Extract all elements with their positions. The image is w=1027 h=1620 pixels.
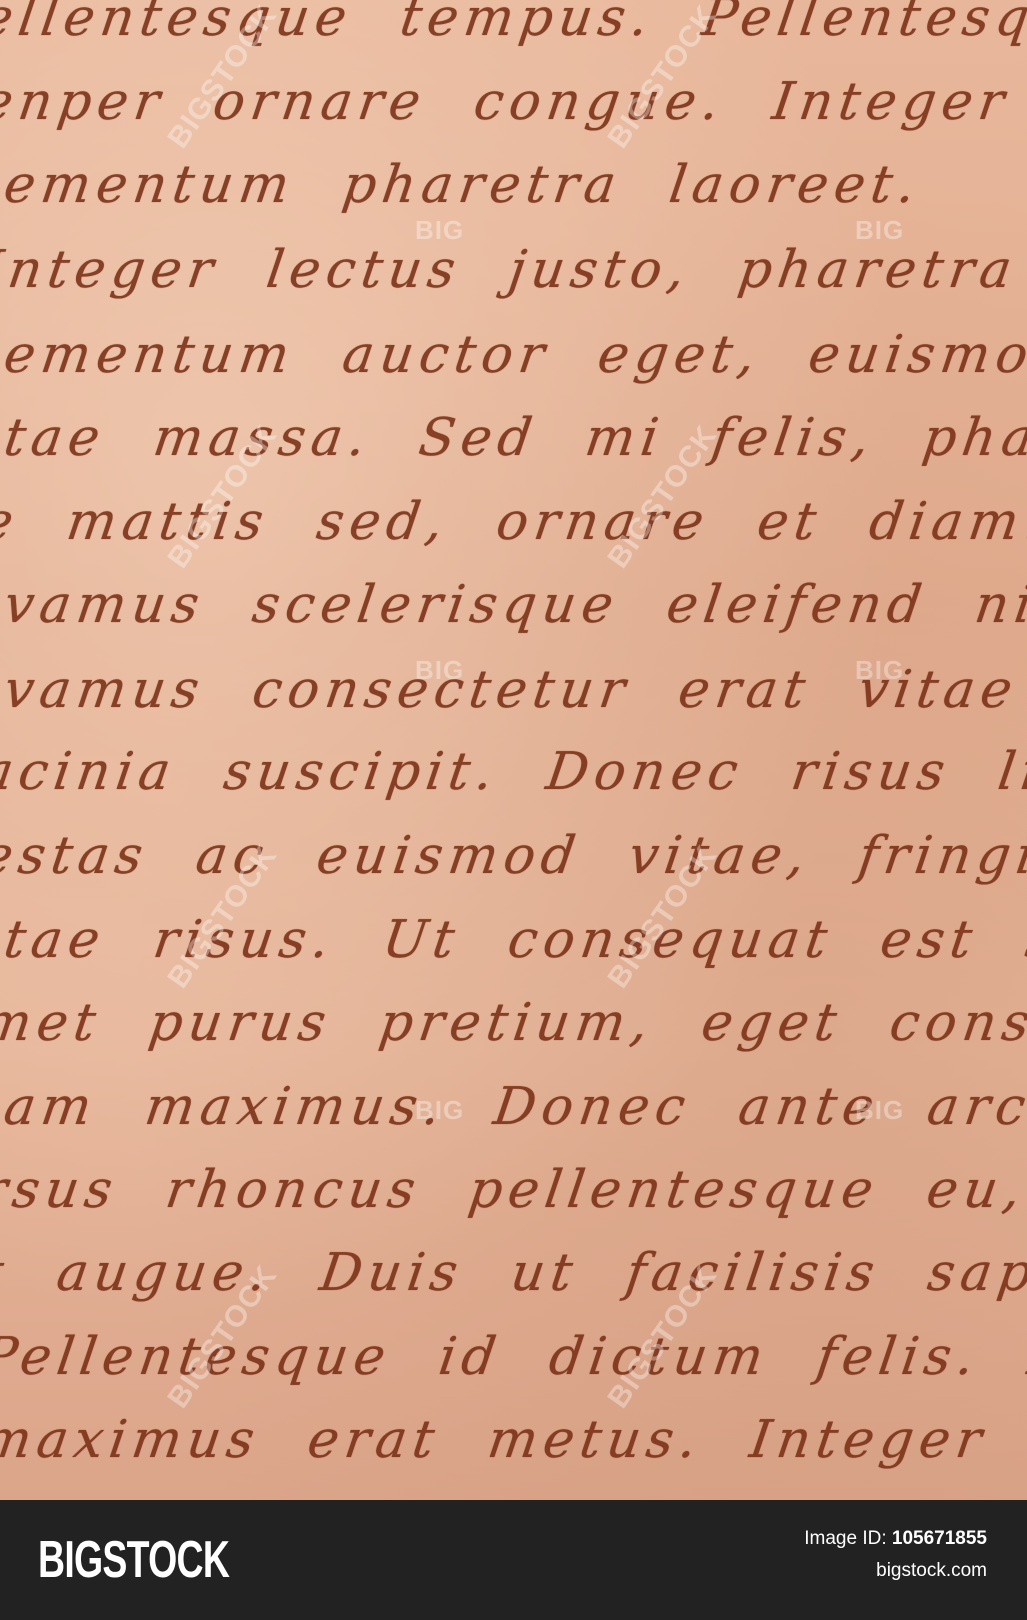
- watermark-big: BIG: [855, 655, 904, 686]
- handwriting-line: Pellentesque id dictum felis. Fu: [0, 1327, 1027, 1387]
- watermark-big: BIG: [415, 215, 464, 246]
- watermark-big: BIG: [855, 215, 904, 246]
- handwriting-line: Integer lectus justo, pharetra: [0, 240, 1021, 300]
- watermark-big: BIG: [415, 655, 464, 686]
- watermark-big: BIG: [855, 1095, 904, 1126]
- watermark-big: BIG: [415, 1095, 464, 1126]
- handwriting-line: e mattis sed, ornare et diam.: [0, 492, 1027, 552]
- bigstock-logo: BIGSTOCK: [38, 1530, 229, 1590]
- handwriting-line: ivamus scelerisque eleifend nibh: [0, 575, 1027, 635]
- stock-banner: BIGSTOCK Image ID: 105671855 bigstock.co…: [0, 1500, 1027, 1620]
- image-id-label: Image ID:: [804, 1528, 886, 1549]
- image-id-value: 105671855: [892, 1528, 987, 1549]
- site-url: bigstock.com: [804, 1560, 987, 1582]
- handwriting-line: rsus rhoncus pellentesque eu, portt: [0, 1160, 1027, 1220]
- handwriting-line: lementum pharetra laoreet.: [0, 155, 925, 215]
- handwriting-line: lementum auctor eget, euismod: [0, 325, 1027, 385]
- image-meta: Image ID: 105671855 bigstock.com: [804, 1528, 987, 1582]
- image-id-row: Image ID: 105671855: [804, 1528, 987, 1550]
- handwriting-line: ellentesque tempus. Pellentesque: [0, 0, 1027, 48]
- handwriting-line: estas ac euismod vitae, fringil: [0, 826, 1027, 886]
- handwritten-paper-image: ellentesque tempus. Pellentesque enper o…: [0, 0, 1027, 1500]
- handwriting-line: enper ornare congue. Integer: [0, 72, 1014, 132]
- handwriting-line: met purus pretium, eget consequ: [0, 993, 1027, 1053]
- handwriting-line: itae risus. Ut consequat est sit: [0, 910, 1027, 970]
- handwriting-line: t augue. Duis ut facilisis sapie: [0, 1243, 1027, 1303]
- handwriting-line: acinia suscipit. Donec risus liber: [0, 742, 1027, 802]
- handwriting-line: maximus erat metus. Integer luct: [0, 1410, 1027, 1470]
- handwriting-line: itae massa. Sed mi felis, pharet: [0, 408, 1027, 468]
